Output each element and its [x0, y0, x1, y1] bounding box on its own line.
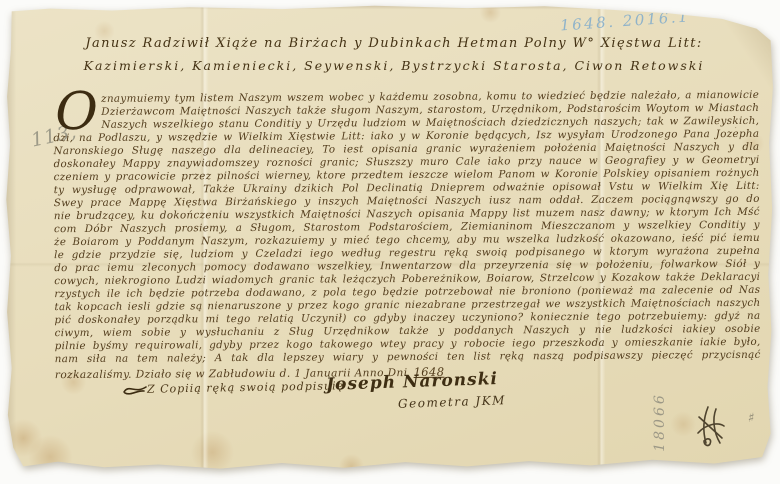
inventory-number-annotation: 18066 — [652, 377, 670, 467]
drop-cap: O — [55, 89, 98, 135]
body-text-block: O znaymuiemy tym listem Naszym wszem wob… — [53, 89, 761, 381]
copy-note-flourish-icon — [122, 381, 148, 401]
page-background: { "colors":{ "paper_color":"#e9dfc0", "i… — [0, 0, 780, 484]
scribe-title: Geometra JKM — [398, 393, 506, 411]
notary-monogram-icon — [694, 403, 726, 451]
manuscript-scan: 1648. 2016.1 Janusz Radziwił Xiąże na Bi… — [0, 0, 780, 484]
manuscript-paper: 1648. 2016.1 Janusz Radziwił Xiąże na Bi… — [4, 3, 776, 471]
accession-number-annotation: 1648. 2016.1 — [560, 7, 691, 34]
heading-line-1: Janusz Radziwił Xiąże na Birżach y Dubin… — [34, 36, 754, 51]
pencil-sharp-mark: ♯ — [747, 411, 755, 427]
heading-line-2: Kazimierski, Kamieniecki, Seywenski, Bys… — [34, 58, 754, 73]
copy-note: Z Copiią ręką swoią podpisuię — [147, 379, 344, 395]
